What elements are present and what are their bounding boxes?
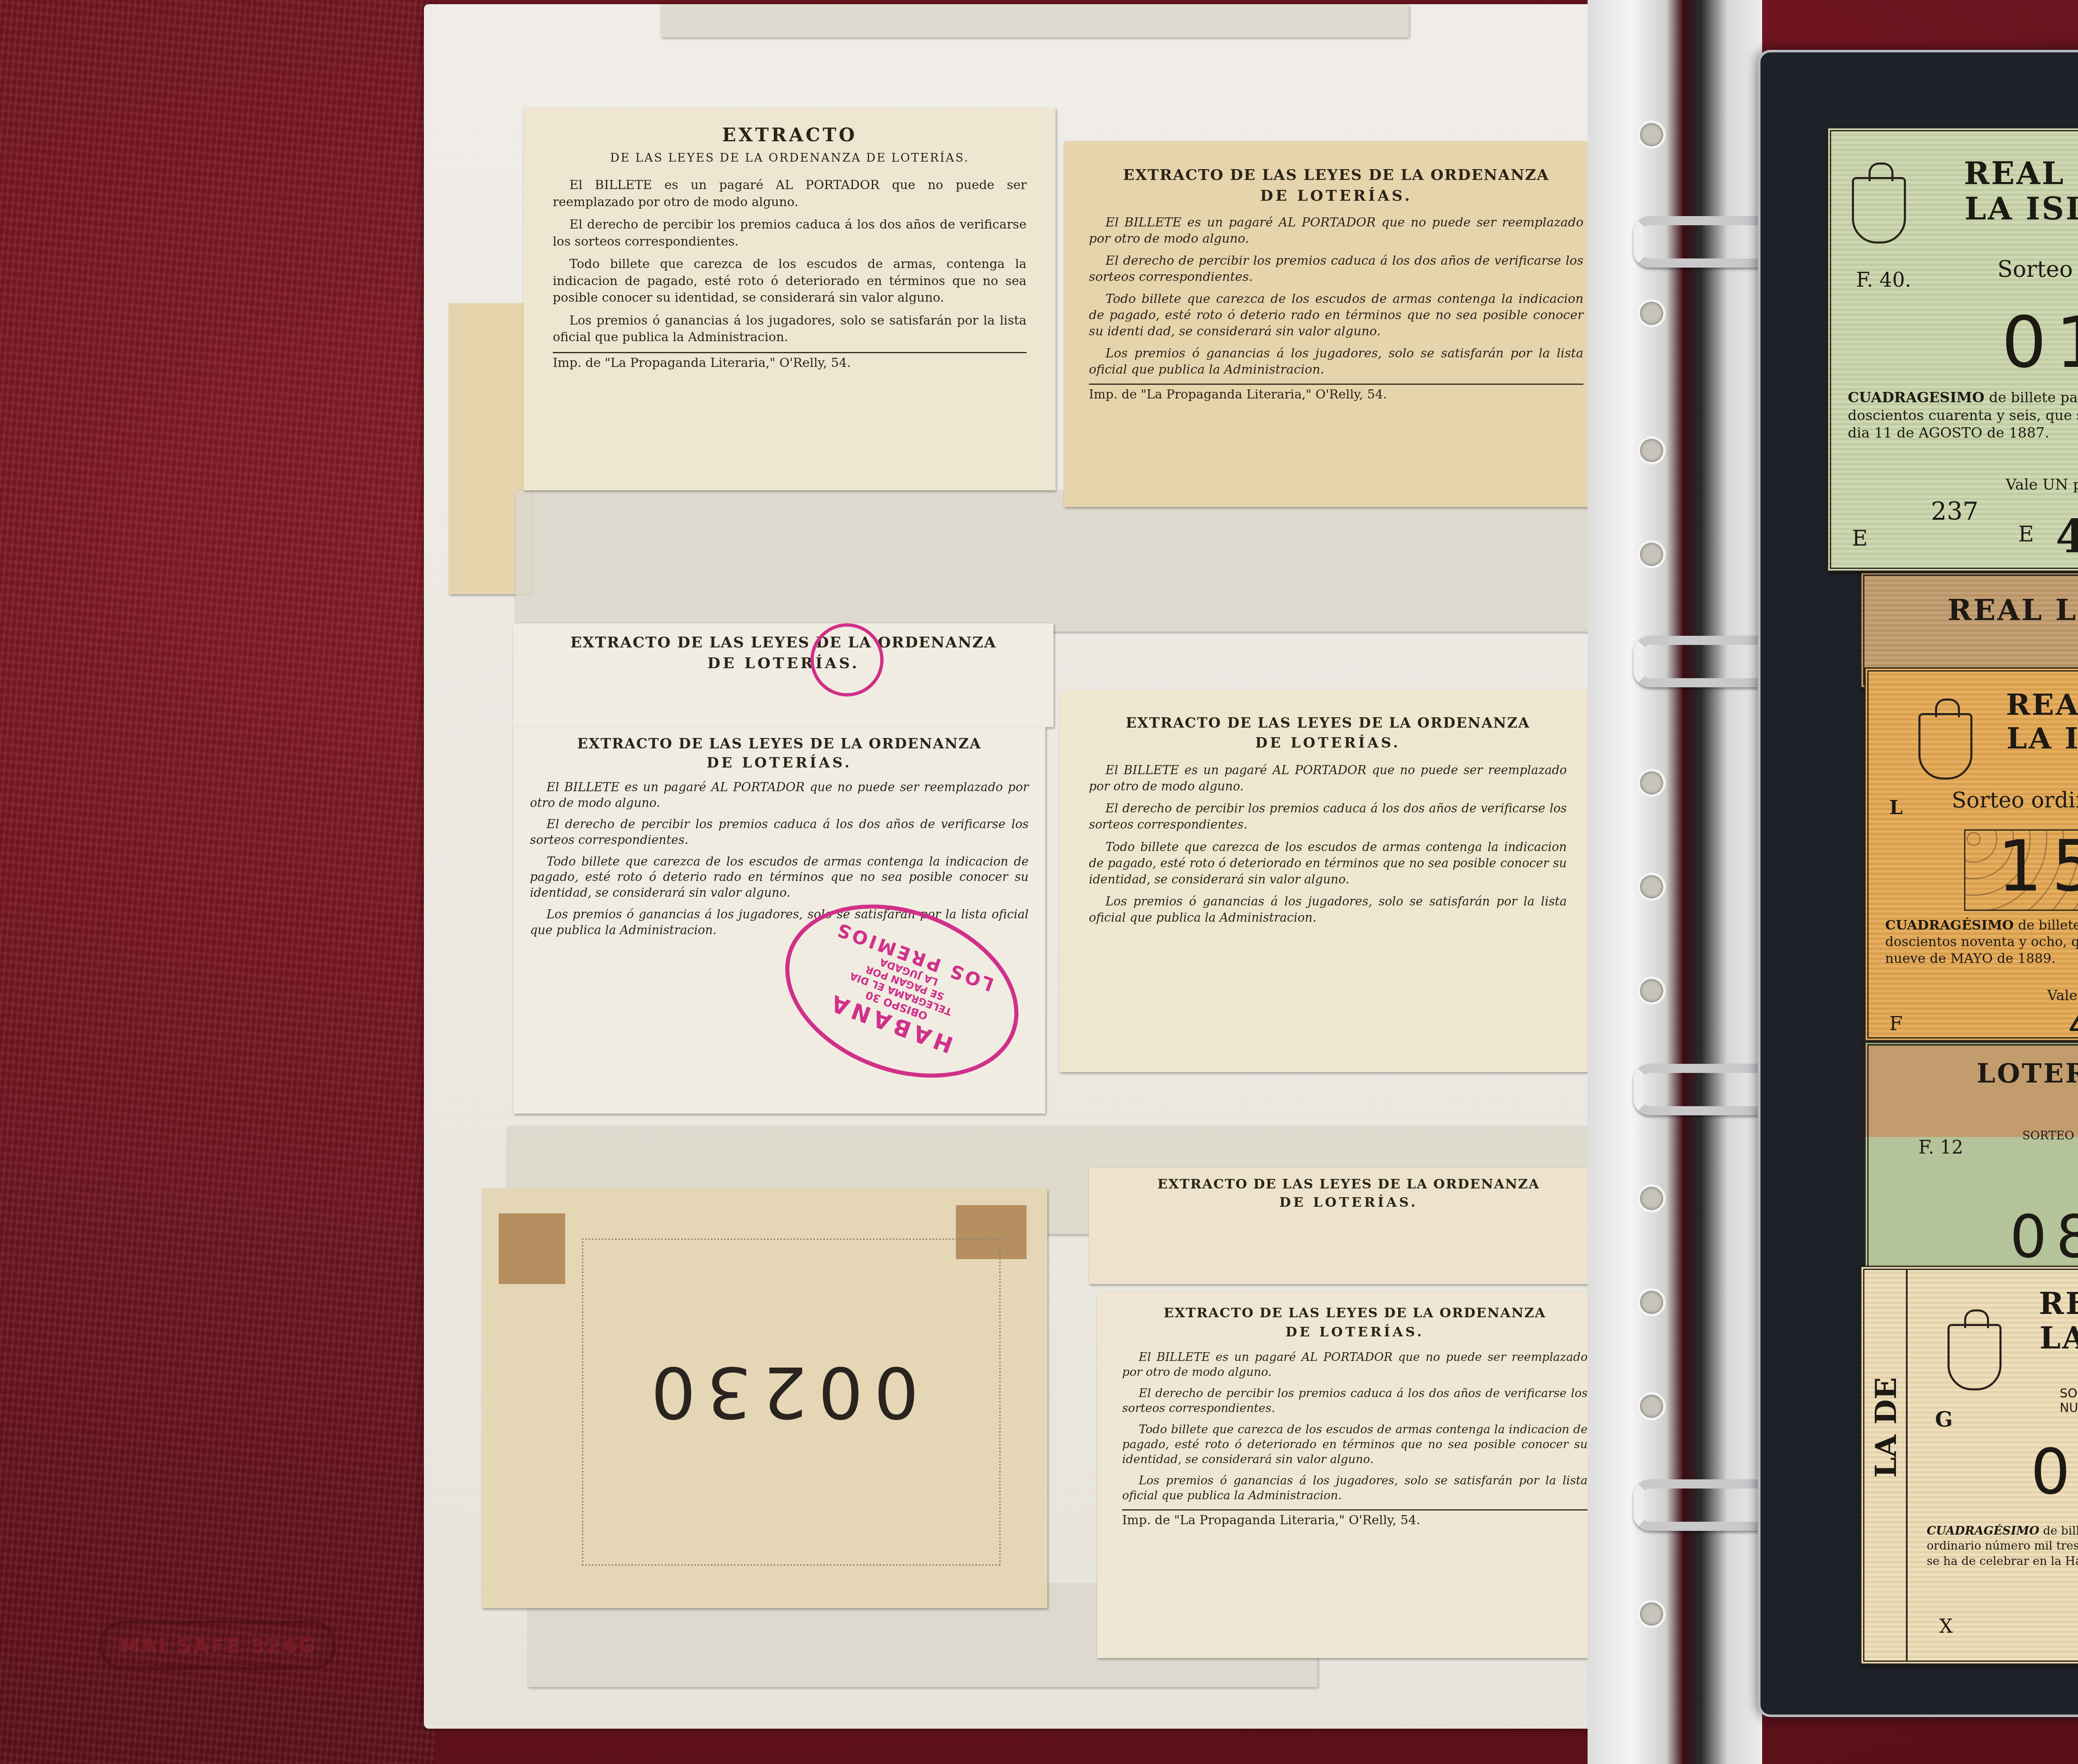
extract-paragraph: El derecho de percibir los premios caduc… [553, 217, 1027, 250]
extract-title: EXTRACTO DE LAS LEYES DE LA ORDENANZA [1122, 1305, 1588, 1321]
lottery-ticket: LA DE REAL LOTERIA DE LA ISLA DE CUBA. G… [1860, 1266, 2078, 1665]
ticket-draw: Sorteo número 1246. [1997, 256, 2078, 282]
lottery-ticket: LOTERIA DE LA ISLA DE CUBA F. 12 SORTEO … [1864, 1041, 2078, 1278]
extract-paragraph: El BILLETE es un pagaré AL PORTADOR que … [1122, 1350, 1588, 1380]
extract-paragraph: El BILLETE es un pagaré AL PORTADOR que … [1089, 762, 1567, 795]
punch-hole [1637, 540, 1666, 568]
punch-hole [1637, 1600, 1666, 1628]
extract-slip: EXTRACTO DE LAS LEYES DE LA ORDENANZA DE… [1089, 1168, 1608, 1284]
punch-hole [1637, 1288, 1666, 1316]
ticket-corner-letter: E [1852, 526, 1868, 551]
ticket-header: REAL LOTERIA DE LA ISLA DE CUBA. [2039, 1287, 2078, 1356]
ticket-body: CUADRAGESIMO de billete para el sorteo o… [1848, 389, 2078, 442]
extract-paragraph: Los premios ó ganancias á los jugadores,… [1122, 1473, 1588, 1503]
punch-hole [1637, 873, 1666, 901]
extract-title: EXTRACTO [553, 125, 1027, 146]
royal-crest-icon [1852, 177, 1906, 244]
ticket-letter: G [1935, 1407, 1953, 1432]
extract-subtitle: DE LAS LEYES DE LA ORDENANZA DE LOTERÍAS… [553, 151, 1027, 165]
ticket-corner-letter: F [1889, 1012, 1903, 1035]
punch-hole [1637, 436, 1666, 465]
ticket-series: F. 40. [1856, 268, 1911, 292]
extract-paragraph: El derecho de percibir los premios caduc… [1122, 1386, 1588, 1416]
extract-slip: EXTRACTO DE LAS LEYES DE LA ORDENANZA DE… [1064, 141, 1608, 507]
ticket-value: Vale UN peso. [2006, 476, 2078, 493]
faded-extract-strip [515, 490, 1596, 632]
extract-paragraph: Los premios ó ganancias á los jugadores,… [553, 312, 1027, 346]
ticket-header: LOTERIA DE LA ISLA DE CUBA [1977, 1058, 2078, 1089]
ticket-number: 08815 [2010, 1203, 2078, 1271]
reversed-ticket-back: 00230 [482, 1188, 1047, 1608]
extract-paragraph: Los premios ó ganancias á los jugadores,… [1089, 345, 1583, 378]
extract-paragraph: El BILLETE es un pagaré AL PORTADOR que … [530, 780, 1029, 811]
right-album-page[interactable]: El siguiente sorteo se celebra el 28 de … [1758, 50, 2078, 1717]
ticket-letter: L [1889, 796, 1903, 819]
ticket-header: REAL LOTERIA DE LA ISLA DE CUBA [1948, 593, 2078, 627]
ticket-fraction: CUADRAGESIMO [1848, 389, 1984, 406]
ticket-price: 40 [2056, 509, 2078, 563]
reversed-ticket-number: 00230 [640, 1351, 919, 1433]
hinge-tab [499, 1213, 565, 1284]
royal-crest-icon [1918, 713, 1972, 780]
royal-crest-icon [1948, 1324, 2002, 1390]
punch-hole [1637, 769, 1666, 797]
extract-paragraph: Todo billete que carezca de los escudos … [553, 256, 1027, 307]
ticket-price: 40 [2068, 1000, 2078, 1041]
ticket-header: REAL LOTERIA DE LA ISLA DE CUBA. [1939, 156, 2078, 227]
printer-imprint: Imp. de "La Propaganda Literaria," O'Rel… [1122, 1509, 1588, 1528]
extract-slip: EXTRACTO DE LAS LEYES DE LA ORDENANZA DE… [524, 108, 1056, 490]
extract-subtitle: DE LOTERÍAS. [1089, 187, 1583, 204]
punch-hole [1637, 1392, 1666, 1420]
extract-paragraph: El derecho de percibir los premios caduc… [1089, 253, 1583, 285]
ticket-fraction: CUADRAGÉSIMO [1885, 917, 2014, 933]
extract-title: EXTRACTO DE LAS LEYES DE LA ORDENANZA [1089, 166, 1583, 184]
extract-title: EXTRACTO DE LAS LEYES DE LA ORDENANZA [1105, 1176, 1592, 1192]
tucked-ticket-strip [661, 4, 1409, 37]
printer-imprint: Imp. de "La Propaganda Literaria," O'Rel… [553, 352, 1027, 370]
ticket-corner-letter: E [2018, 522, 2034, 547]
extract-paragraph: El derecho de percibir los premios caduc… [530, 817, 1029, 848]
ticket-draw-label: SORTEO NUMERO [2060, 1386, 2078, 1415]
ticket-sheet-number: 237 [1931, 497, 1979, 526]
pink-stamp-partial [810, 623, 884, 696]
ticket-body: CUADRAGÉSIMO de billete para el sorteo o… [1885, 917, 2078, 967]
leather-texture [0, 0, 436, 1764]
cover-emboss-logo: MAI SAFE 324G [100, 1621, 336, 1670]
ticket-number: 01081 [2002, 302, 2078, 384]
extract-subtitle: DE LOTERÍAS. [1089, 735, 1567, 751]
printer-imprint: Imp. de "La Propaganda Literaria," O'Rel… [1089, 384, 1583, 402]
extract-paragraph: Todo billete que carezca de los escudos … [530, 854, 1029, 901]
ticket-body: CUADRAGÉSIMO de billete para el sorteo o… [1927, 1523, 2078, 1569]
punch-hole [1637, 121, 1666, 149]
ticket-corner-letter: X [1939, 1615, 1953, 1637]
extract-paragraph: El derecho de percibir los premios caduc… [1089, 800, 1567, 833]
ticket-draw: Sorteo ordinario nº 1298. [1952, 788, 2078, 813]
ticket-series: F. 12 [1918, 1137, 1963, 1158]
extract-subtitle: DE LOTERÍAS. [530, 755, 1029, 771]
extract-title: EXTRACTO DE LAS LEYES DE LA ORDENANZA [530, 634, 1037, 651]
extract-paragraph: El BILLETE es un pagaré AL PORTADOR que … [553, 177, 1027, 211]
extract-paragraph: Todo billete que carezca de los escudos … [1089, 839, 1567, 888]
extract-subtitle: DE LOTERÍAS. [530, 654, 1037, 672]
extract-paragraph: El BILLETE es un pagaré AL PORTADOR que … [1089, 214, 1583, 247]
extract-title: EXTRACTO DE LAS LEYES DE LA ORDENANZA [530, 736, 1029, 752]
lottery-ticket: REAL LOTERIA DE LA ISLA DE CUBA. U F. 40… [1827, 127, 2078, 572]
extract-slip: EXTRACTO DE LAS LEYES DE LA ORDENANZA DE… [1060, 690, 1596, 1072]
ticket-number: 15709 [1997, 825, 2078, 908]
extract-slip: EXTRACTO DE LAS LEYES DE LA ORDENANZA DE… [1097, 1292, 1613, 1658]
extract-paragraph: Todo billete que carezca de los escudos … [1089, 291, 1583, 340]
ticket-header: REAL LOTERIA DE LA ISLA DE CUBA. [1993, 688, 2078, 755]
punch-hole [1637, 1184, 1666, 1213]
punch-hole [1637, 977, 1666, 1005]
left-album-page[interactable]: EXTRACTO DE LAS LEYES DE LA ORDENANZA DE… [424, 4, 1733, 1729]
extract-title: EXTRACTO DE LAS LEYES DE LA ORDENANZA [1089, 715, 1567, 731]
lottery-ticket: REAL LOTERIA DE LA ISLA DE CUBA. L Sorte… [1864, 667, 2078, 1041]
extract-paragraph: Todo billete que carezca de los escudos … [1122, 1422, 1588, 1467]
ticket-side-label: LA DE [1869, 1377, 1903, 1478]
ticket-number: 00725 [2031, 1436, 2078, 1508]
extract-slip: EXTRACTO DE LAS LEYES DE LA ORDENANZA DE… [513, 623, 1054, 727]
punch-hole [1637, 299, 1666, 327]
extract-subtitle: DE LOTERÍAS. [1122, 1324, 1588, 1340]
ticket-fraction: CUADRAGÉSIMO [1927, 1524, 2039, 1538]
ticket-draw-label: SORTEO NUMERO [2022, 1129, 2078, 1142]
extract-paragraph: Los premios ó ganancias á los jugadores,… [1089, 893, 1567, 926]
extract-subtitle: DE LOTERÍAS. [1105, 1194, 1592, 1210]
